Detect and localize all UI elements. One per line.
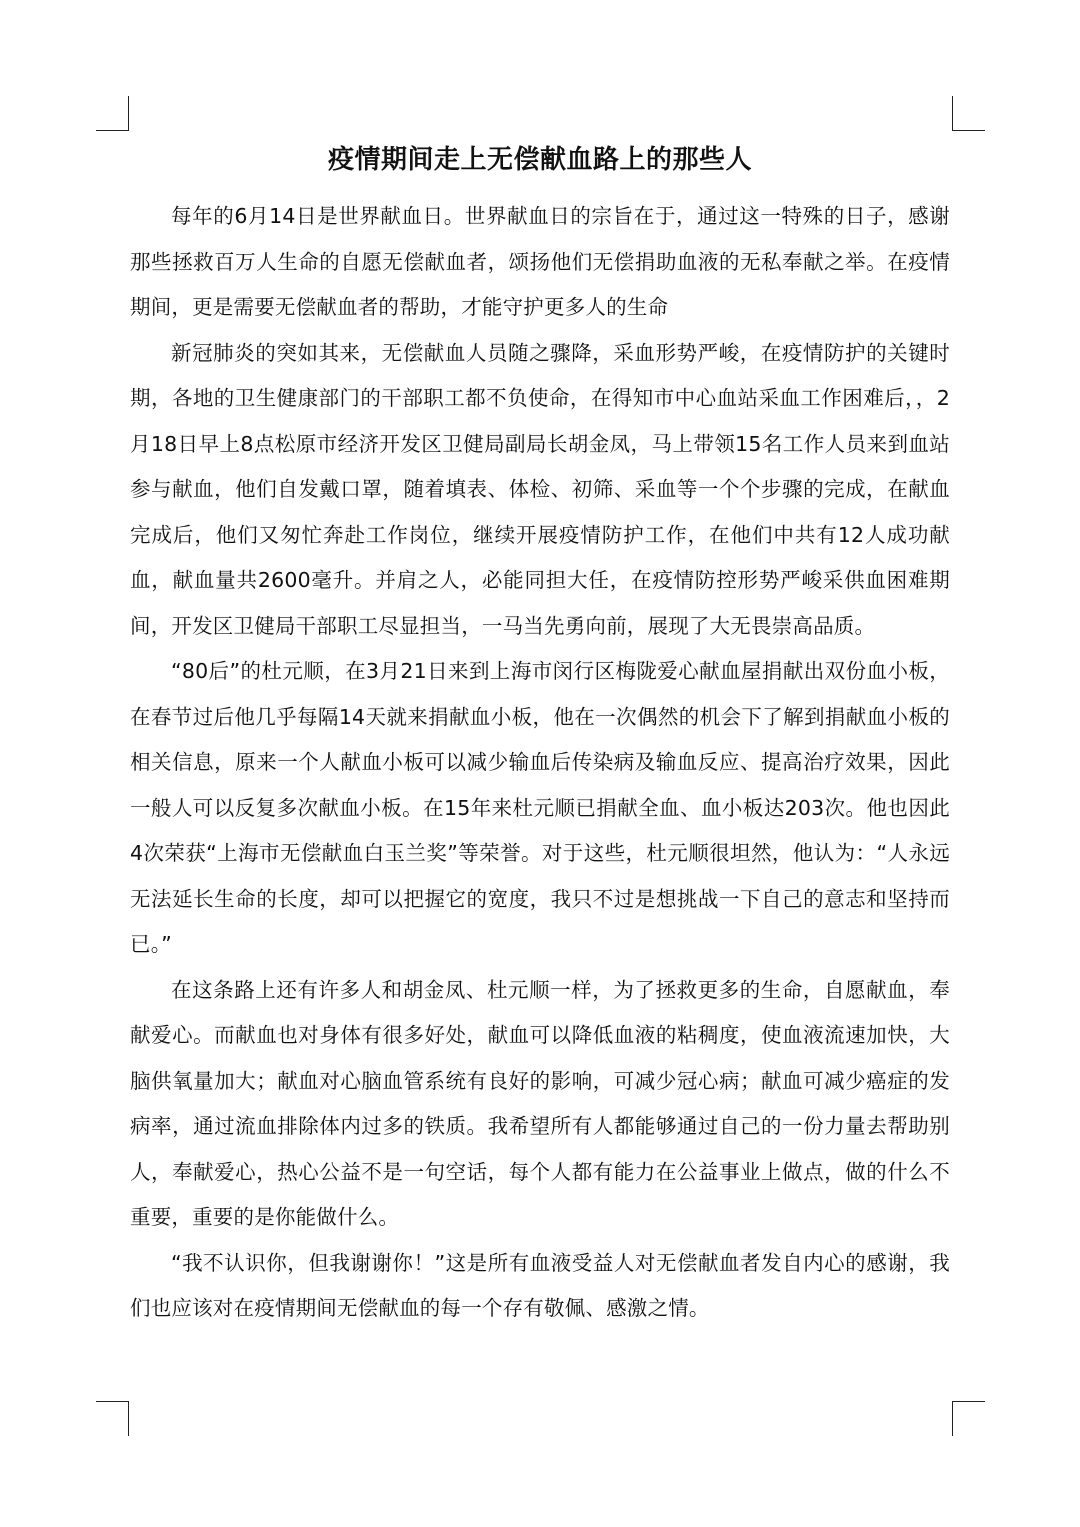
paragraph-benefits: 在这条路上还有许多人和胡金凤、杜元顺一样，为了拯救更多的生命，自愿献血，奉献爱心…	[130, 968, 950, 1241]
paragraph-du-yuanshun: “80后”的杜元顺，在3月21日来到上海市闵行区梅陇爱心献血屋捐献出双份血小板，…	[130, 649, 950, 968]
document-page: 疫情期间走上无偿献血路上的那些人 每年的6月14日是世界献血日。世界献血日的宗旨…	[130, 138, 950, 1332]
paragraph-closing: “我不认识你，但我谢谢你！”这是所有血液受益人对无偿献血者发自内心的感谢，我们也…	[130, 1241, 950, 1332]
page-corner-mark-top-right	[952, 96, 985, 131]
document-title: 疫情期间走上无偿献血路上的那些人	[130, 138, 950, 182]
paragraph-intro: 每年的6月14日是世界献血日。世界献血日的宗旨在于，通过这一特殊的日子，感谢那些…	[130, 194, 950, 331]
page-corner-mark-top-left	[96, 96, 129, 131]
paragraph-hu-jinfeng: 新冠肺炎的突如其来，无偿献血人员随之骤降，采血形势严峻，在疫情防护的关键时期，各…	[130, 331, 950, 650]
page-corner-mark-bottom-left	[96, 1401, 129, 1436]
page-corner-mark-bottom-right	[952, 1401, 985, 1436]
